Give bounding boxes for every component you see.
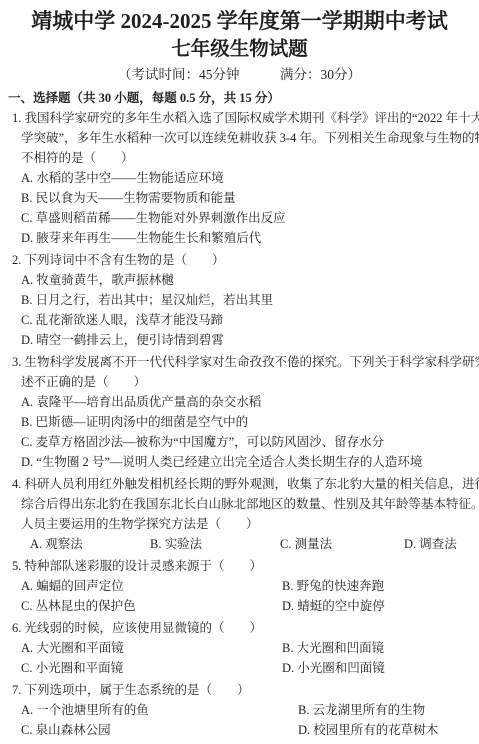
section-heading: 一、选择题（共 30 小题，每题 0.5 分，共 15 分） [0,88,479,108]
question-2-option-d: D. 晴空一鹤排云上，便引诗情到碧霄 [0,330,479,350]
question-4-stem-line-3: 人员主要运用的生物学探究方法是（ ） [0,514,479,534]
question-6-option-a: A. 大光圈和平面镜 [21,638,282,658]
question-4-option-d: D. 调查法 [404,534,457,554]
question-7-option-a: A. 一个池塘里所有的鱼 [21,700,298,720]
exam-info: （考试时间：45分钟 满分：30分） [0,64,479,86]
exam-subtitle: 七年级生物试题 [0,36,479,64]
question-1-option-b: B. 民以食为天——生物需要物质和能量 [0,188,479,208]
question-6: 6. 光线弱的时候，应该使用显微镜的（ ） A. 大光圈和平面镜 B. 大光圈和… [0,618,479,678]
question-3-stem-line-2: 述不正确的是（ ） [0,372,479,392]
question-4-option-b: B. 实验法 [150,534,280,554]
question-4-option-c: C. 测量法 [280,534,404,554]
exam-title: 靖城中学 2024-2025 学年度第一学期期中考试 [0,0,479,36]
question-4-option-a: A. 观察法 [30,534,150,554]
question-5-option-b: B. 野兔的快速奔跑 [282,576,384,596]
question-1-stem-line-3: 不相符的是（ ） [0,148,479,168]
question-1: 1. 我国科学家研究的多年生水稻入选了国际权威学术期刊《科学》评出的“2022 … [0,108,479,248]
question-1-stem-line-1: 1. 我国科学家研究的多年生水稻入选了国际权威学术期刊《科学》评出的“2022 … [0,108,479,128]
question-5-stem-line-1: 5. 特种部队迷彩服的设计灵感来源于（ ） [0,556,479,576]
question-5-option-a: A. 蝙蝠的回声定位 [21,576,282,596]
question-1-option-a: A. 水稻的茎中空——生物能适应环境 [0,168,479,188]
question-5-option-c: C. 丛林昆虫的保护色 [21,596,282,616]
question-5-options-row-1: A. 蝙蝠的回声定位 B. 野兔的快速奔跑 [0,576,479,596]
question-2-option-a: A. 牧童骑黄牛，歌声振林樾 [0,270,479,290]
question-2-option-b: B. 日月之行，若出其中；星汉灿烂，若出其里 [0,290,479,310]
question-1-option-d: D. 腋芽来年再生——生物能生长和繁殖后代 [0,228,479,248]
question-2-stem-line-1: 2. 下列诗词中不含有生物的是（ ） [0,250,479,270]
question-6-options-row-2: C. 小光圈和平面镜 D. 小光圈和凹面镜 [0,658,479,678]
question-5-options-row-2: C. 丛林昆虫的保护色 D. 蜻蜓的空中旋停 [0,596,479,616]
question-5-option-d: D. 蜻蜓的空中旋停 [282,596,385,616]
question-4-stem-line-1: 4. 科研人员利用红外触发相机经长期的野外观测，收集了东北豹大量的相关信息，进行… [0,474,479,494]
question-7-option-d: D. 校园里所有的花草树木 [298,720,438,740]
question-7-option-b: B. 云龙湖里所有的生物 [298,700,425,720]
question-3: 3. 生物科学发展离不开一代代科学家对生命孜孜不倦的探究。下列关于科学家科学研究… [0,352,479,472]
question-3-option-b: B. 巴斯德—证明肉汤中的细菌是空气中的 [0,412,479,432]
question-4-options-row: A. 观察法 B. 实验法 C. 测量法 D. 调查法 [0,534,479,554]
question-7-options-row-2: C. 泉山森林公园 D. 校园里所有的花草树木 [0,720,479,740]
question-6-stem-line-1: 6. 光线弱的时候，应该使用显微镜的（ ） [0,618,479,638]
question-4: 4. 科研人员利用红外触发相机经长期的野外观测，收集了东北豹大量的相关信息，进行… [0,474,479,554]
question-6-option-c: C. 小光圈和平面镜 [21,658,282,678]
question-6-option-d: D. 小光圈和凹面镜 [282,658,385,678]
question-6-options-row-1: A. 大光圈和平面镜 B. 大光圈和凹面镜 [0,638,479,658]
question-7-stem-line-1: 7. 下列选项中，属于生态系统的是（ ） [0,680,479,700]
question-2-option-c: C. 乱花渐欲迷人眼，浅草才能没马蹄 [0,310,479,330]
question-3-option-a: A. 袁隆平—培育出品质优产量高的杂交水稻 [0,392,479,412]
question-7-option-c: C. 泉山森林公园 [21,720,298,740]
exam-page: 靖城中学 2024-2025 学年度第一学期期中考试 七年级生物试题 （考试时间… [0,0,479,744]
question-5: 5. 特种部队迷彩服的设计灵感来源于（ ） A. 蝙蝠的回声定位 B. 野兔的快… [0,556,479,616]
question-3-option-c: C. 麦草方格固沙法—被称为“中国魔方”，可以防风固沙、留存水分 [0,432,479,452]
question-4-stem-line-2: 综合后得出东北豹在我国东北长白山脉北部地区的数量、性别及其年龄等基本特征。科研 [0,494,479,514]
question-1-stem-line-2: 学突破”，多年生水稻种一次可以连续免耕收获 3-4 年。下列相关生命现象与生物的… [0,128,479,148]
question-6-option-b: B. 大光圈和凹面镜 [282,638,384,658]
question-3-option-d: D. “生物圈 2 号”—说明人类已经建立出完全适合人类长期生存的人造环境 [0,452,479,472]
question-7-options-row-1: A. 一个池塘里所有的鱼 B. 云龙湖里所有的生物 [0,700,479,720]
question-7: 7. 下列选项中，属于生态系统的是（ ） A. 一个池塘里所有的鱼 B. 云龙湖… [0,680,479,740]
question-3-stem-line-1: 3. 生物科学发展离不开一代代科学家对生命孜孜不倦的探究。下列关于科学家科学研究… [0,352,479,372]
question-2: 2. 下列诗词中不含有生物的是（ ） A. 牧童骑黄牛，歌声振林樾 B. 日月之… [0,250,479,350]
question-1-option-c: C. 草盛则稻苗稀——生物能对外界刺激作出反应 [0,208,479,228]
